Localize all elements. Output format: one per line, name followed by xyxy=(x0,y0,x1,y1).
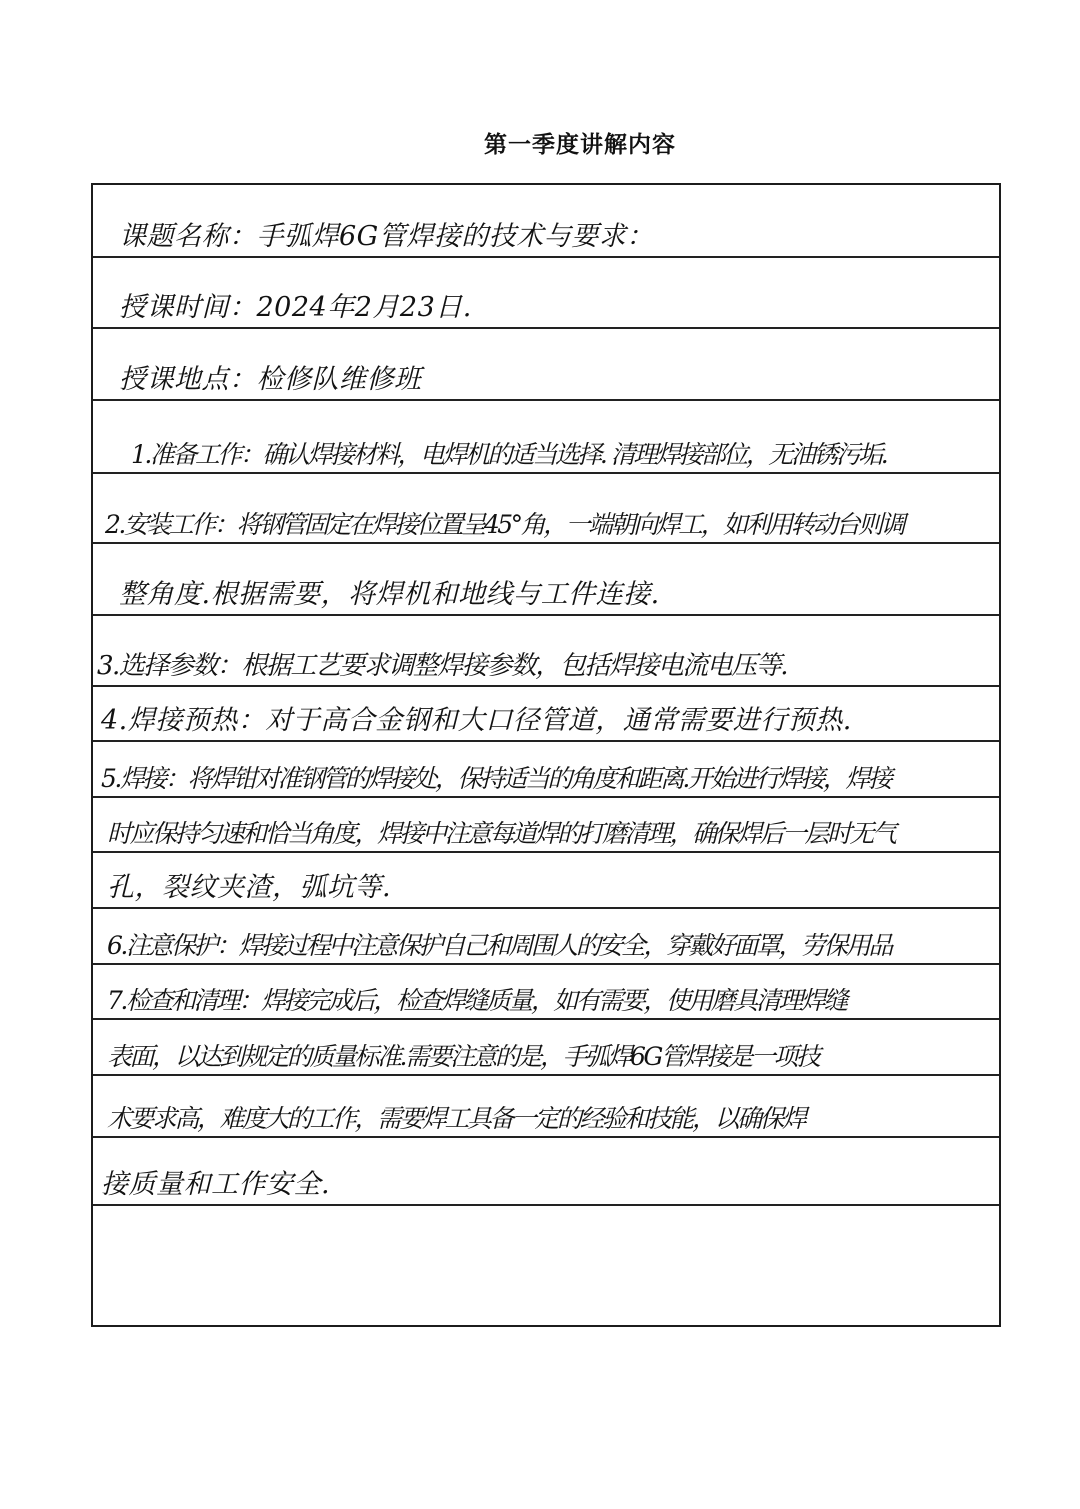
lined-sheet: 课题名称：手弧焊6G管焊接的技术与要求： 授课时间：2024年2月23日. 授课… xyxy=(91,183,1001,1327)
line-text: 4.焊接预热：对于高合金钢和大口径管道，通常需要进行预热. xyxy=(101,706,993,736)
row-line-12: 术要求高，难度大的工作，需要焊工具备一定的经验和技能，以确保焊 xyxy=(93,1076,999,1138)
line-text: 5.焊接：将焊钳对准钢管的焊接处，保持适当的角度和距离.开始进行焊接，焊接 xyxy=(101,765,993,793)
line-text: 3.选择参数：根据工艺要求调整焊接参数，包括焊接电流电压等. xyxy=(97,652,993,681)
row-line-5: 4.焊接预热：对于高合金钢和大口径管道，通常需要进行预热. xyxy=(93,687,999,742)
row-line-2: 2.安装工作：将钢管固定在焊接位置呈45°角，一端朝向焊工，如利用转动台则调 xyxy=(93,474,999,544)
row-location: 授课地点：检修队维修班 xyxy=(93,329,999,401)
row-line-4: 3.选择参数：根据工艺要求调整焊接参数，包括焊接电流电压等. xyxy=(93,616,999,687)
location-field: 授课地点：检修队维修班 xyxy=(119,365,993,395)
row-line-9: 6.注意保护：焊接过程中注意保护自己和周围人的安全，穿戴好面罩，劳保用品 xyxy=(93,909,999,965)
line-text: 表面，以达到规定的质量标准.需要注意的是，手弧焊6G管焊接是一项技 xyxy=(107,1043,993,1071)
row-line-7: 时应保持匀速和恰当角度，焊接中注意每道焊的打磨清理，确保焊后一层时无气 xyxy=(93,798,999,853)
row-topic: 课题名称：手弧焊6G管焊接的技术与要求： xyxy=(93,185,999,258)
row-line-13: 接质量和工作安全. xyxy=(93,1138,999,1206)
row-line-10: 7.检查和清理：焊接完成后，检查焊缝质量，如有需要，使用磨具清理焊缝 xyxy=(93,965,999,1020)
topic-field: 课题名称：手弧焊6G管焊接的技术与要求： xyxy=(119,222,993,252)
line-text: 2.安装工作：将钢管固定在焊接位置呈45°角，一端朝向焊工，如利用转动台则调 xyxy=(105,511,993,539)
row-time: 授课时间：2024年2月23日. xyxy=(93,258,999,329)
row-line-8: 孔，裂纹夹渣，弧坑等. xyxy=(93,853,999,909)
row-line-11: 表面，以达到规定的质量标准.需要注意的是，手弧焊6G管焊接是一项技 xyxy=(93,1020,999,1076)
line-text: 时应保持匀速和恰当角度，焊接中注意每道焊的打磨清理，确保焊后一层时无气 xyxy=(107,820,993,848)
line-text: 1.准备工作：确认焊接材料，电焊机的适当选择. 清理焊接部位，无油锈污垢. xyxy=(131,441,993,469)
row-line-3: 整角度.根据需要，将焊机和地线与工件连接. xyxy=(93,544,999,616)
line-text: 整角度.根据需要，将焊机和地线与工件连接. xyxy=(119,580,993,610)
line-text: 6.注意保护：焊接过程中注意保护自己和周围人的安全，穿戴好面罩，劳保用品 xyxy=(107,932,993,960)
row-line-1: 1.准备工作：确认焊接材料，电焊机的适当选择. 清理焊接部位，无油锈污垢. xyxy=(93,401,999,474)
row-blank xyxy=(93,1206,999,1329)
line-text: 7.检查和清理：焊接完成后，检查焊缝质量，如有需要，使用磨具清理焊缝 xyxy=(107,987,993,1015)
line-text: 术要求高，难度大的工作，需要焊工具备一定的经验和技能，以确保焊 xyxy=(107,1105,993,1133)
line-text: 接质量和工作安全. xyxy=(101,1170,993,1200)
time-field: 授课时间：2024年2月23日. xyxy=(119,293,993,323)
page-title: 第一季度讲解内容 xyxy=(0,126,1080,159)
line-text: 孔，裂纹夹渣，弧坑等. xyxy=(107,873,993,903)
row-line-6: 5.焊接：将焊钳对准钢管的焊接处，保持适当的角度和距离.开始进行焊接，焊接 xyxy=(93,742,999,798)
